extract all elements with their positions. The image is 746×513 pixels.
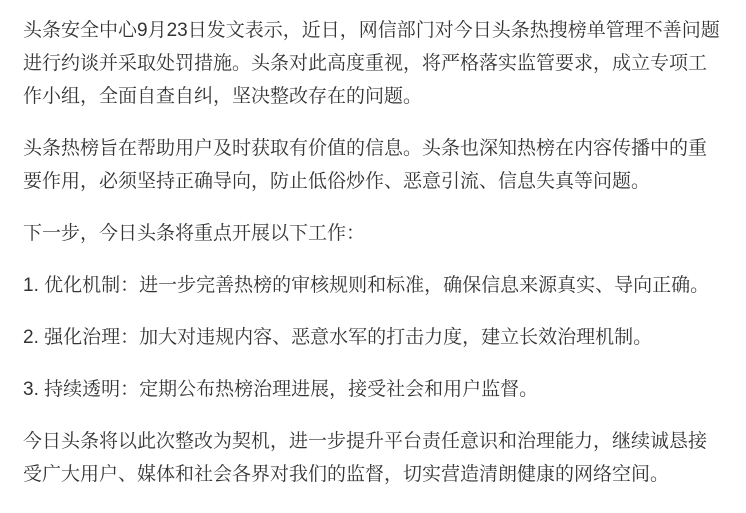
list-item-optimize-mechanism: 1. 优化机制：进一步完善热榜的审核规则和标准，确保信息来源真实、导向正确。 bbox=[23, 269, 725, 302]
paragraph-next-steps-intro: 下一步，今日头条将重点开展以下工作： bbox=[23, 217, 725, 250]
list-item-strengthen-governance: 2. 强化治理：加大对违规内容、恶意水军的打击力度，建立长效治理机制。 bbox=[23, 321, 725, 354]
paragraph-closing: 今日头条将以此次整改为契机，进一步提升平台责任意识和治理能力，继续诚恳接受广大用… bbox=[23, 425, 725, 491]
article-body: 头条安全中心9月23日发文表示，近日，网信部门对今日头条热搜榜单管理不善问题进行… bbox=[0, 0, 746, 491]
paragraph-hotboard-purpose: 头条热榜旨在帮助用户及时获取有价值的信息。头条也深知热榜在内容传播中的重要作用，… bbox=[23, 132, 725, 198]
page: 头条安全中心9月23日发文表示，近日，网信部门对今日头条热搜榜单管理不善问题进行… bbox=[0, 0, 746, 513]
list-item-continuous-transparency: 3. 持续透明：定期公布热榜治理进展，接受社会和用户监督。 bbox=[23, 373, 725, 406]
paragraph-announcement: 头条安全中心9月23日发文表示，近日，网信部门对今日头条热搜榜单管理不善问题进行… bbox=[23, 14, 725, 113]
